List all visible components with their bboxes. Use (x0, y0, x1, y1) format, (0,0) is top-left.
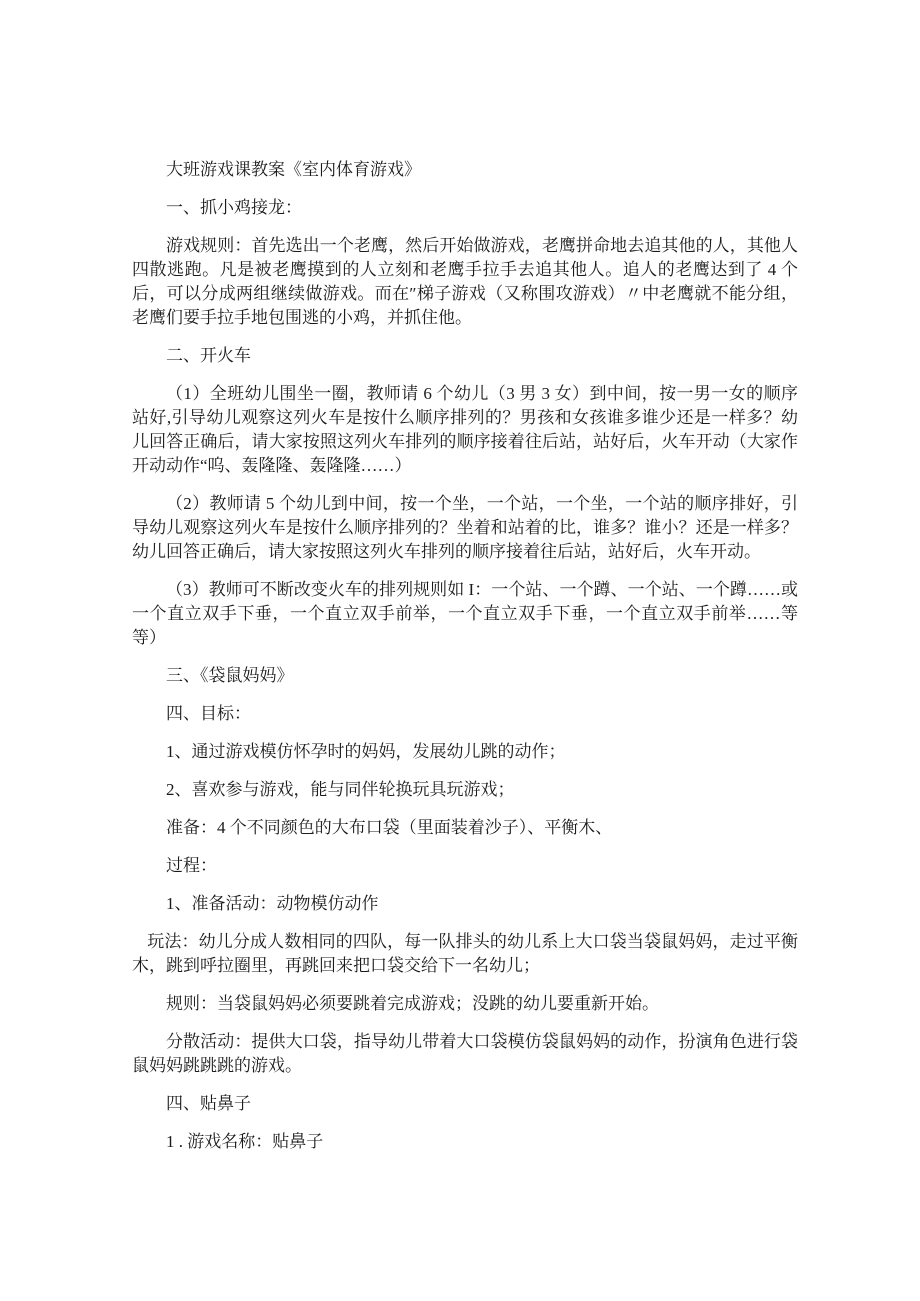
document-page: 大班游戏课教案《室内体育游戏》 一、抓小鸡接龙：游戏规则：首先选出一个老鹰，然后… (0, 0, 920, 1301)
paragraph: 2、喜欢参与游戏，能与同伴轮换玩具玩游戏； (132, 778, 798, 802)
paragraph: 1 . 游戏名称：贴鼻子 (132, 1130, 798, 1154)
paragraph: 1、准备活动：动物模仿动作 (132, 892, 798, 916)
paragraph: 准备：4 个不同颜色的大布口袋（里面装着沙子）、平衡木、 (132, 816, 798, 840)
paragraph: 过程： (132, 854, 798, 878)
document-body: 一、抓小鸡接龙：游戏规则：首先选出一个老鹰，然后开始做游戏，老鹰拼命地去追其他的… (132, 196, 798, 1154)
paragraph: 一、抓小鸡接龙： (132, 196, 798, 220)
paragraph: （3）教师可不断改变火车的排列规则如 I：一个站、一个蹲、一个站、一个蹲……或一… (132, 578, 798, 650)
paragraph: 规则：当袋鼠妈妈必须要跳着完成游戏；没跳的幼儿要重新开始。 (132, 992, 798, 1016)
paragraph: （2）教师请 5 个幼儿到中间，按一个坐，一个站，一个坐，一个站的顺序排好，引导… (132, 492, 798, 564)
paragraph: 游戏规则：首先选出一个老鹰，然后开始做游戏，老鹰拼命地去追其他的人，其他人四散逃… (132, 234, 798, 330)
paragraph: 四、目标： (132, 702, 798, 726)
paragraph: 二、开火车 (132, 344, 798, 368)
paragraph: 四、贴鼻子 (132, 1092, 798, 1116)
document-title: 大班游戏课教案《室内体育游戏》 (132, 158, 798, 182)
paragraph: （1）全班幼儿围坐一圈，教师请 6 个幼儿（3 男 3 女）到中间，按一男一女的… (132, 382, 798, 478)
paragraph: 玩法：幼儿分成人数相同的四队，每一队排头的幼儿系上大口袋当袋鼠妈妈，走过平衡木，… (132, 930, 798, 978)
paragraph: 三、《袋鼠妈妈》 (132, 664, 798, 688)
paragraph: 分散活动：提供大口袋，指导幼儿带着大口袋模仿袋鼠妈妈的动作，扮演角色进行袋鼠妈妈… (132, 1030, 798, 1078)
paragraph: 1、通过游戏模仿怀孕时的妈妈，发展幼儿跳的动作； (132, 740, 798, 764)
